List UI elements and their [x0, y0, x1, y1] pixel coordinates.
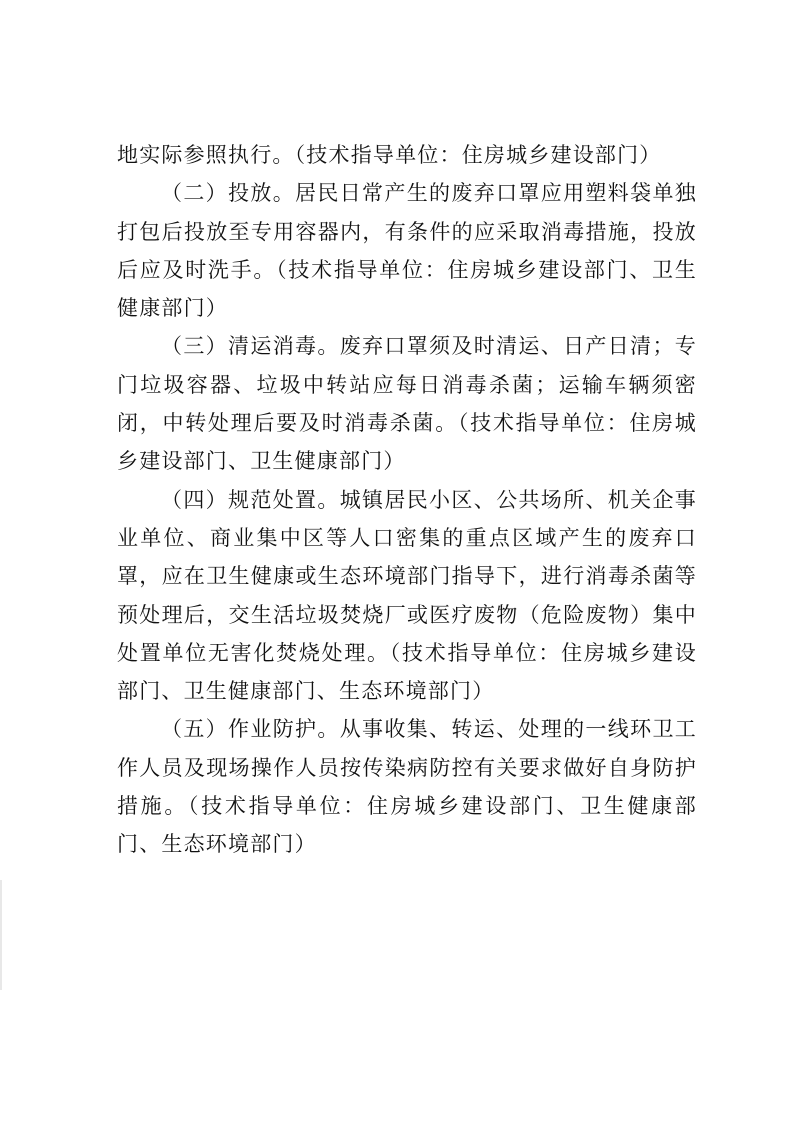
paragraph-continuation: 地实际参照执行。（技术指导单位：住房城乡建设部门） — [117, 136, 697, 174]
paragraph-disposal: （二）投放。居民日常产生的废弃口罩应用塑料袋单独打包后投放至专用容器内，有条件的… — [117, 174, 697, 327]
paragraph-standard-treatment: （四）规范处置。城镇居民小区、公共场所、机关企事业单位、商业集中区等人口密集的重… — [117, 481, 697, 711]
scan-edge-mark — [0, 880, 2, 990]
paragraph-worker-protection: （五）作业防护。从事收集、转运、处理的一线环卫工作人员及现场操作人员按传染病防控… — [117, 710, 697, 863]
document-page: 地实际参照执行。（技术指导单位：住房城乡建设部门） （二）投放。居民日常产生的废… — [117, 136, 697, 864]
paragraph-collection-disinfection: （三）清运消毒。废弃口罩须及时清运、日产日清；专门垃圾容器、垃圾中转站应每日消毒… — [117, 327, 697, 480]
